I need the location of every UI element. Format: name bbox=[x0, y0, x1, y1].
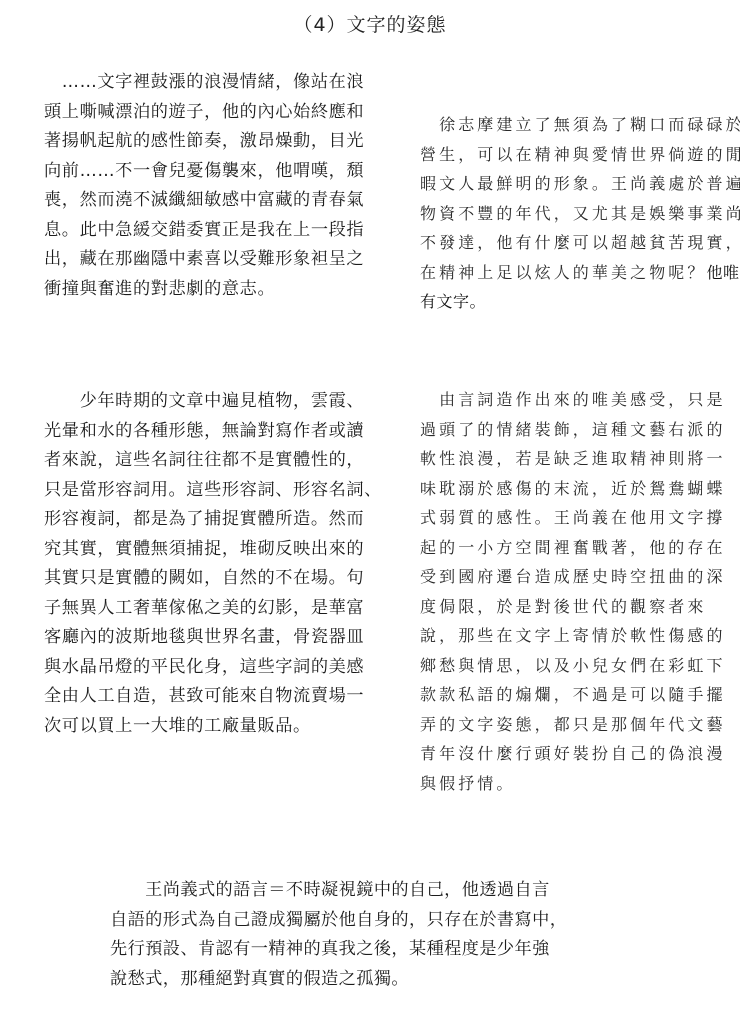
text-line: 弄的文字姿態，都只是那個年代文藝 bbox=[420, 710, 726, 740]
text-line: 度侷限，於是對後世代的觀察者來 bbox=[420, 592, 726, 622]
text-line: 與假抒情。 bbox=[420, 769, 726, 799]
text-line: 衝撞與奮進的對悲劇的意志。 bbox=[44, 275, 364, 305]
text-line: 鄉愁與情思，以及小兒女們在彩虹下 bbox=[420, 651, 726, 681]
text-line: 少年時期的文章中遍見植物，雲霞、 bbox=[44, 387, 382, 417]
text-line: 全由人工自造，甚致可能來自物流賣場一 bbox=[44, 682, 382, 712]
text-line: 息。此中急緩交錯委實正是我在上一段指 bbox=[44, 216, 364, 246]
emphasis-text: 有文字。 bbox=[420, 287, 740, 317]
text-line: 王尚義式的語言＝不時凝視鏡中的自己，他透過自言 bbox=[110, 876, 567, 906]
text-line: 受到國府遷台造成歷史時空扭曲的深 bbox=[420, 562, 726, 592]
text-line: 在精神上足以炫人的華美之物呢？他唯 bbox=[420, 258, 740, 288]
text-line: 不發達，他有什麼可以超越貧苦現實， bbox=[420, 228, 740, 258]
text-line: 徐志摩建立了無須為了糊口而碌碌於 bbox=[420, 110, 740, 140]
text-line: 說，那些在文字上寄情於軟性傷感的 bbox=[420, 621, 726, 651]
text-line: 究其實，實體無須捕捉，堆砌反映出來的 bbox=[44, 535, 382, 565]
comment-aesthetic-sensibility: 由言詞造作出來的唯美感受，只是 過頭了的情緒裝飾，這種文藝右派的 軟性浪漫，若是… bbox=[420, 385, 726, 798]
text-line: 自語的形式為自己證成獨屬於他自身的，只存在於書寫中， bbox=[110, 906, 567, 936]
text-line: 出，藏在那幽隱中素喜以受難形象袒呈之 bbox=[44, 245, 364, 275]
quote-romantic-emotion: ……文字裡鼓漲的浪漫情緒，像站在浪 頭上嘶喊漂泊的遊子，他的內心始終應和 著揚帆… bbox=[44, 68, 364, 304]
text-line: 青年沒什麼行頭好裝扮自己的偽浪漫 bbox=[420, 739, 726, 769]
text-line: 物資不豐的年代，又尤其是娛樂事業尚 bbox=[420, 199, 740, 229]
text-line: 子無異人工奢華傢俬之美的幻影，是華富 bbox=[44, 594, 382, 624]
conclusion-language-style: 王尚義式的語言＝不時凝視鏡中的自己，他透過自言 自語的形式為自己證成獨屬於他自身… bbox=[110, 876, 567, 994]
text-line: 客廳內的波斯地毯與世界名畫，骨瓷器皿 bbox=[44, 623, 382, 653]
text-segment: 在精神上足以炫人的華美之物呢？ bbox=[420, 263, 707, 282]
text-line: 起的一小方空間裡奮戰著，他的存在 bbox=[420, 533, 726, 563]
text-line: 先行預設、肯認有一精神的真我之後，某種程度是少年強 bbox=[110, 935, 567, 965]
text-line: 款款私語的煽爛，不過是可以隨手擺 bbox=[420, 680, 726, 710]
text-line: 說愁式，那種絕對真實的假造之孤獨。 bbox=[110, 965, 567, 995]
text-line: 光暈和水的各種形態，無論對寫作者或讀 bbox=[44, 417, 382, 447]
text-line: 者來說，這些名詞往往都不是實體性的， bbox=[44, 446, 382, 476]
text-line: 喪，然而澆不滅纖細敏感中富藏的青春氣 bbox=[44, 186, 364, 216]
quote-youth-vocabulary: 少年時期的文章中遍見植物，雲霞、 光暈和水的各種形態，無論對寫作者或讀 者來說，… bbox=[44, 387, 382, 741]
text-line: 式弱質的感性。王尚義在他用文字撐 bbox=[420, 503, 726, 533]
text-line: 次可以買上一大堆的工廠量販品。 bbox=[44, 712, 382, 742]
text-line: 頭上嘶喊漂泊的遊子，他的內心始終應和 bbox=[44, 98, 364, 128]
text-line: 營生，可以在精神與愛情世界倘遊的閒 bbox=[420, 140, 740, 170]
text-line: 與水晶吊燈的平民化身，這些字詞的美感 bbox=[44, 653, 382, 683]
comment-xu-zhimo: 徐志摩建立了無須為了糊口而碌碌於 營生，可以在精神與愛情世界倘遊的閒 暇文人最鮮… bbox=[420, 110, 740, 317]
text-line: 味耽溺於感傷的末流，近於鴛鴦蝴蝶 bbox=[420, 474, 726, 504]
text-line: 只是當形容詞用。這些形容詞、形容名詞、 bbox=[44, 476, 382, 506]
text-line: 向前……不一會兒憂傷襲來，他喟嘆，頹 bbox=[44, 157, 364, 187]
page-title: （4）文字的姿態 bbox=[0, 10, 740, 37]
text-line: 由言詞造作出來的唯美感受，只是 bbox=[420, 385, 726, 415]
text-line: 著揚帆起航的感性節奏，激昂燥動，目光 bbox=[44, 127, 364, 157]
text-line: 暇文人最鮮明的形象。王尚義處於普遍 bbox=[420, 169, 740, 199]
text-line: ……文字裡鼓漲的浪漫情緒，像站在浪 bbox=[44, 68, 364, 98]
text-line: 軟性浪漫，若是缺乏進取精神則將一 bbox=[420, 444, 726, 474]
emphasis-text: 他唯 bbox=[707, 263, 740, 282]
text-line: 過頭了的情緒裝飾，這種文藝右派的 bbox=[420, 415, 726, 445]
text-line: 形容複詞，都是為了捕捉實體所造。然而 bbox=[44, 505, 382, 535]
text-line: 其實只是實體的闕如，自然的不在場。句 bbox=[44, 564, 382, 594]
